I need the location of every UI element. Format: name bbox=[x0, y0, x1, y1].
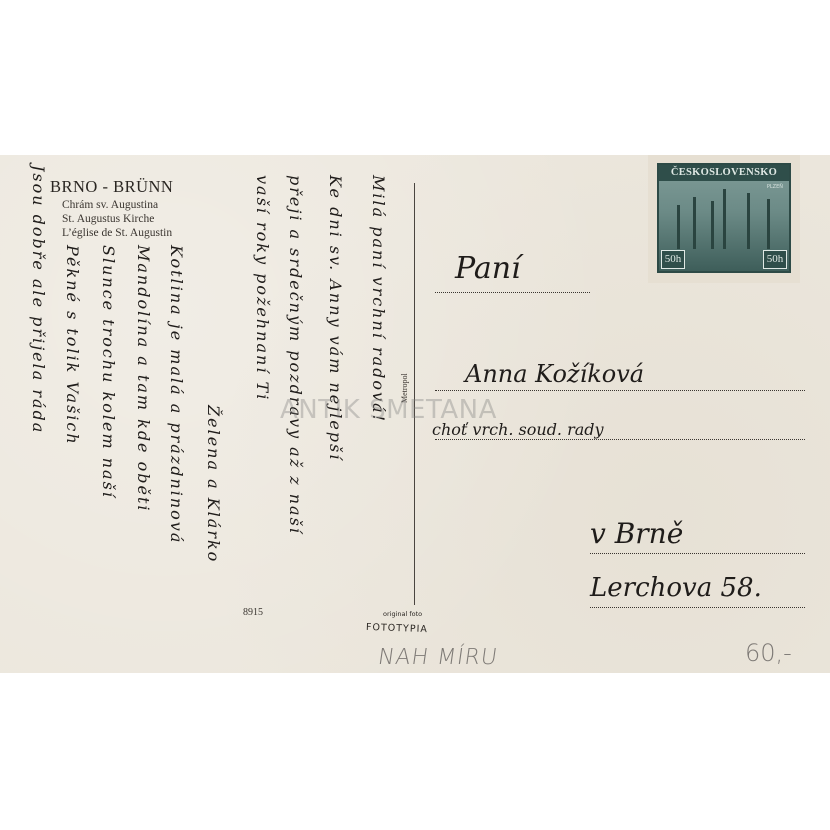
message-line: Pěkné s tolik Vašich bbox=[63, 245, 82, 446]
factory-chimney-icon bbox=[711, 201, 714, 249]
address-salutation: Paní bbox=[455, 251, 521, 286]
address-line bbox=[435, 439, 805, 440]
stamp-country: ČESKOSLOVENSKO bbox=[659, 165, 789, 181]
subtitle-french: L’église de St. Augustin bbox=[62, 227, 172, 239]
postage-stamp: ČESKOSLOVENSKO PLZEŇ 50h 50h bbox=[648, 155, 800, 283]
message-line: Slunce trochu kolem naší bbox=[99, 245, 118, 499]
address-city: v Brně bbox=[590, 517, 683, 550]
pencil-note: NAH MÍRU bbox=[376, 645, 499, 670]
address-line bbox=[590, 553, 805, 554]
serial-number: 8915 bbox=[243, 607, 263, 618]
message-line: Mandolína a tam kde oběti bbox=[134, 245, 153, 513]
message-line: Želena a Klárko bbox=[204, 405, 223, 563]
address-street: Lerchova 58. bbox=[590, 573, 762, 603]
factory-chimney-icon bbox=[677, 205, 680, 249]
postcard-title: BRNO - BRÜNN bbox=[50, 177, 173, 197]
stamp-city: PLZEŇ bbox=[767, 184, 783, 190]
address-name: Anna Kožíková bbox=[465, 360, 644, 388]
address-line bbox=[590, 607, 805, 608]
watermark: ANTIK SMETANA bbox=[280, 395, 497, 425]
stamp-value-right: 50h bbox=[763, 250, 787, 269]
address-line bbox=[435, 390, 805, 391]
pencil-price: 60,- bbox=[745, 639, 792, 667]
church-spire-icon bbox=[723, 189, 726, 249]
subtitle-czech: Chrám sv. Augustina bbox=[62, 199, 158, 211]
stamp-image: ČESKOSLOVENSKO PLZEŇ 50h 50h bbox=[657, 163, 791, 273]
message-line: Kotlina je malá a prázdninová bbox=[167, 245, 186, 544]
factory-chimney-icon bbox=[767, 199, 770, 249]
postcard-back: BRNO - BRÜNN Chrám sv. Augustina St. Aug… bbox=[0, 155, 830, 673]
factory-chimney-icon bbox=[747, 193, 750, 249]
credit-large: FOTOTYPIA bbox=[366, 622, 428, 635]
center-divider bbox=[414, 183, 415, 605]
address-line bbox=[435, 292, 590, 293]
subtitle-german: St. Augustus Kirche bbox=[62, 213, 154, 225]
message-line: přeji a srdečným pozdravy až z naší bbox=[286, 175, 305, 535]
message-line: Milá paní vrchní radová! bbox=[369, 175, 388, 423]
message-line: vaší roky požehnaní Ti bbox=[253, 175, 272, 401]
credit-small: original foto bbox=[383, 610, 422, 618]
factory-chimney-icon bbox=[693, 197, 696, 249]
message-line: Jsou dobře ale přijela ráda bbox=[29, 165, 48, 434]
stamp-value-left: 50h bbox=[661, 250, 685, 269]
